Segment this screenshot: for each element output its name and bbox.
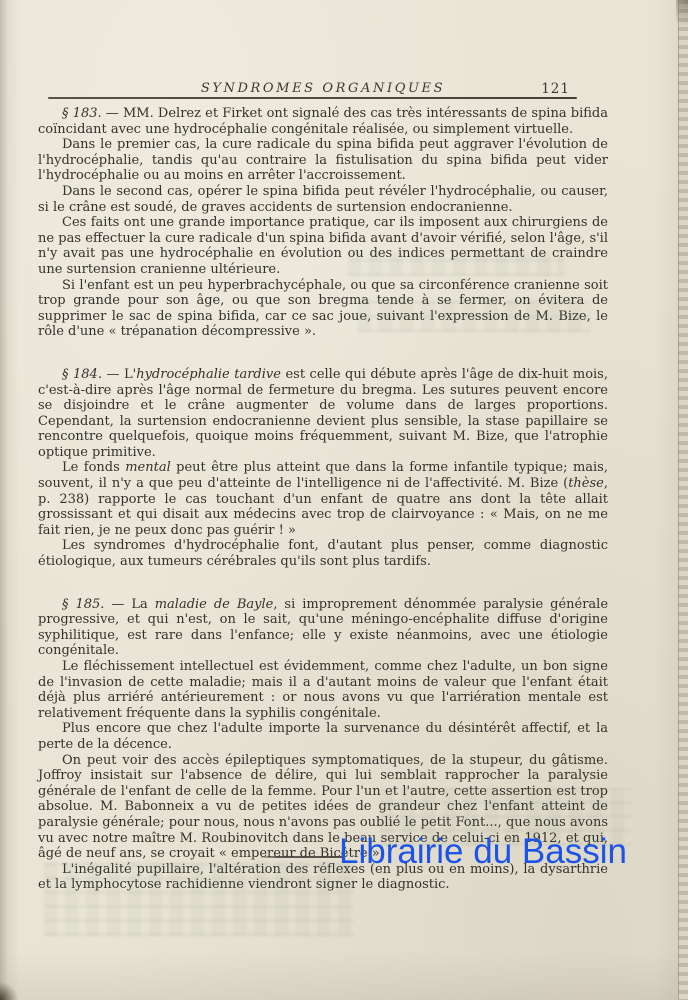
- paragraph: § 183. — MM. Delrez et Firket ont signal…: [38, 106, 608, 137]
- italic-text-run: hydrocéphalie tardive: [136, 367, 281, 382]
- text-run: Le fonds: [62, 460, 125, 475]
- show-through-ghost: [44, 862, 354, 936]
- page-number: 121: [541, 81, 570, 97]
- bookseller-watermark: Librairie du Bassin: [339, 832, 627, 872]
- running-title: SYNDROMES ORGANIQUES: [38, 81, 608, 96]
- paragraph: Les syndromes d'hydrocéphalie font, d'au…: [38, 538, 608, 569]
- scanned-book-page: SYNDROMES ORGANIQUES 121 § 183. — MM. De…: [0, 0, 688, 1000]
- text-run: Le fléchissement intellectuel est évidem…: [38, 659, 608, 721]
- italic-text-run: § 185.: [62, 597, 104, 612]
- text-run: Dans le second cas, opérer le spina bifi…: [38, 184, 608, 215]
- italic-text-run: mental: [125, 460, 171, 475]
- page-right-edge: [678, 0, 688, 1000]
- page-corner-shadow-top-right: [676, 0, 688, 34]
- text-run: Les syndromes d'hydrocéphalie font, d'au…: [38, 538, 608, 569]
- show-through-ghost: [348, 252, 564, 276]
- paragraph: Le fléchissement intellectuel est évidem…: [38, 659, 608, 721]
- paragraph: Dans le premier cas, la cure radicale du…: [38, 137, 608, 184]
- header-rule: [48, 97, 577, 99]
- page-left-edge-shadow: [0, 0, 8, 1000]
- paragraph: Le fonds mental peut être plus atteint q…: [38, 460, 608, 538]
- body-text: § 183. — MM. Delrez et Firket ont signal…: [38, 106, 608, 893]
- paragraph: Plus encore que chez l'adulte importe la…: [38, 721, 608, 752]
- italic-text-run: § 183.: [62, 106, 102, 121]
- text-run: — La: [104, 597, 154, 612]
- italic-text-run: § 184.: [62, 367, 102, 382]
- text-run: Plus encore que chez l'adulte importe la…: [38, 721, 608, 752]
- paragraph: § 184. — L'hydrocéphalie tardive est cel…: [38, 367, 608, 461]
- paragraph: § 185. — La maladie de Bayle, si impropr…: [38, 597, 608, 659]
- italic-text-run: thèse: [568, 476, 604, 491]
- text-run: — L': [102, 367, 136, 382]
- scan-artifact-line: [261, 856, 345, 858]
- text-run: Dans le premier cas, la cure radicale du…: [38, 137, 608, 183]
- page-corner-shadow-bottom-left: [0, 982, 18, 1000]
- text-run: — MM. Delrez et Firket ont signalé des c…: [38, 106, 608, 137]
- paragraph: Dans le second cas, opérer le spina bifi…: [38, 184, 608, 215]
- show-through-ghost: [358, 300, 590, 332]
- italic-text-run: maladie de Bayle: [155, 597, 274, 612]
